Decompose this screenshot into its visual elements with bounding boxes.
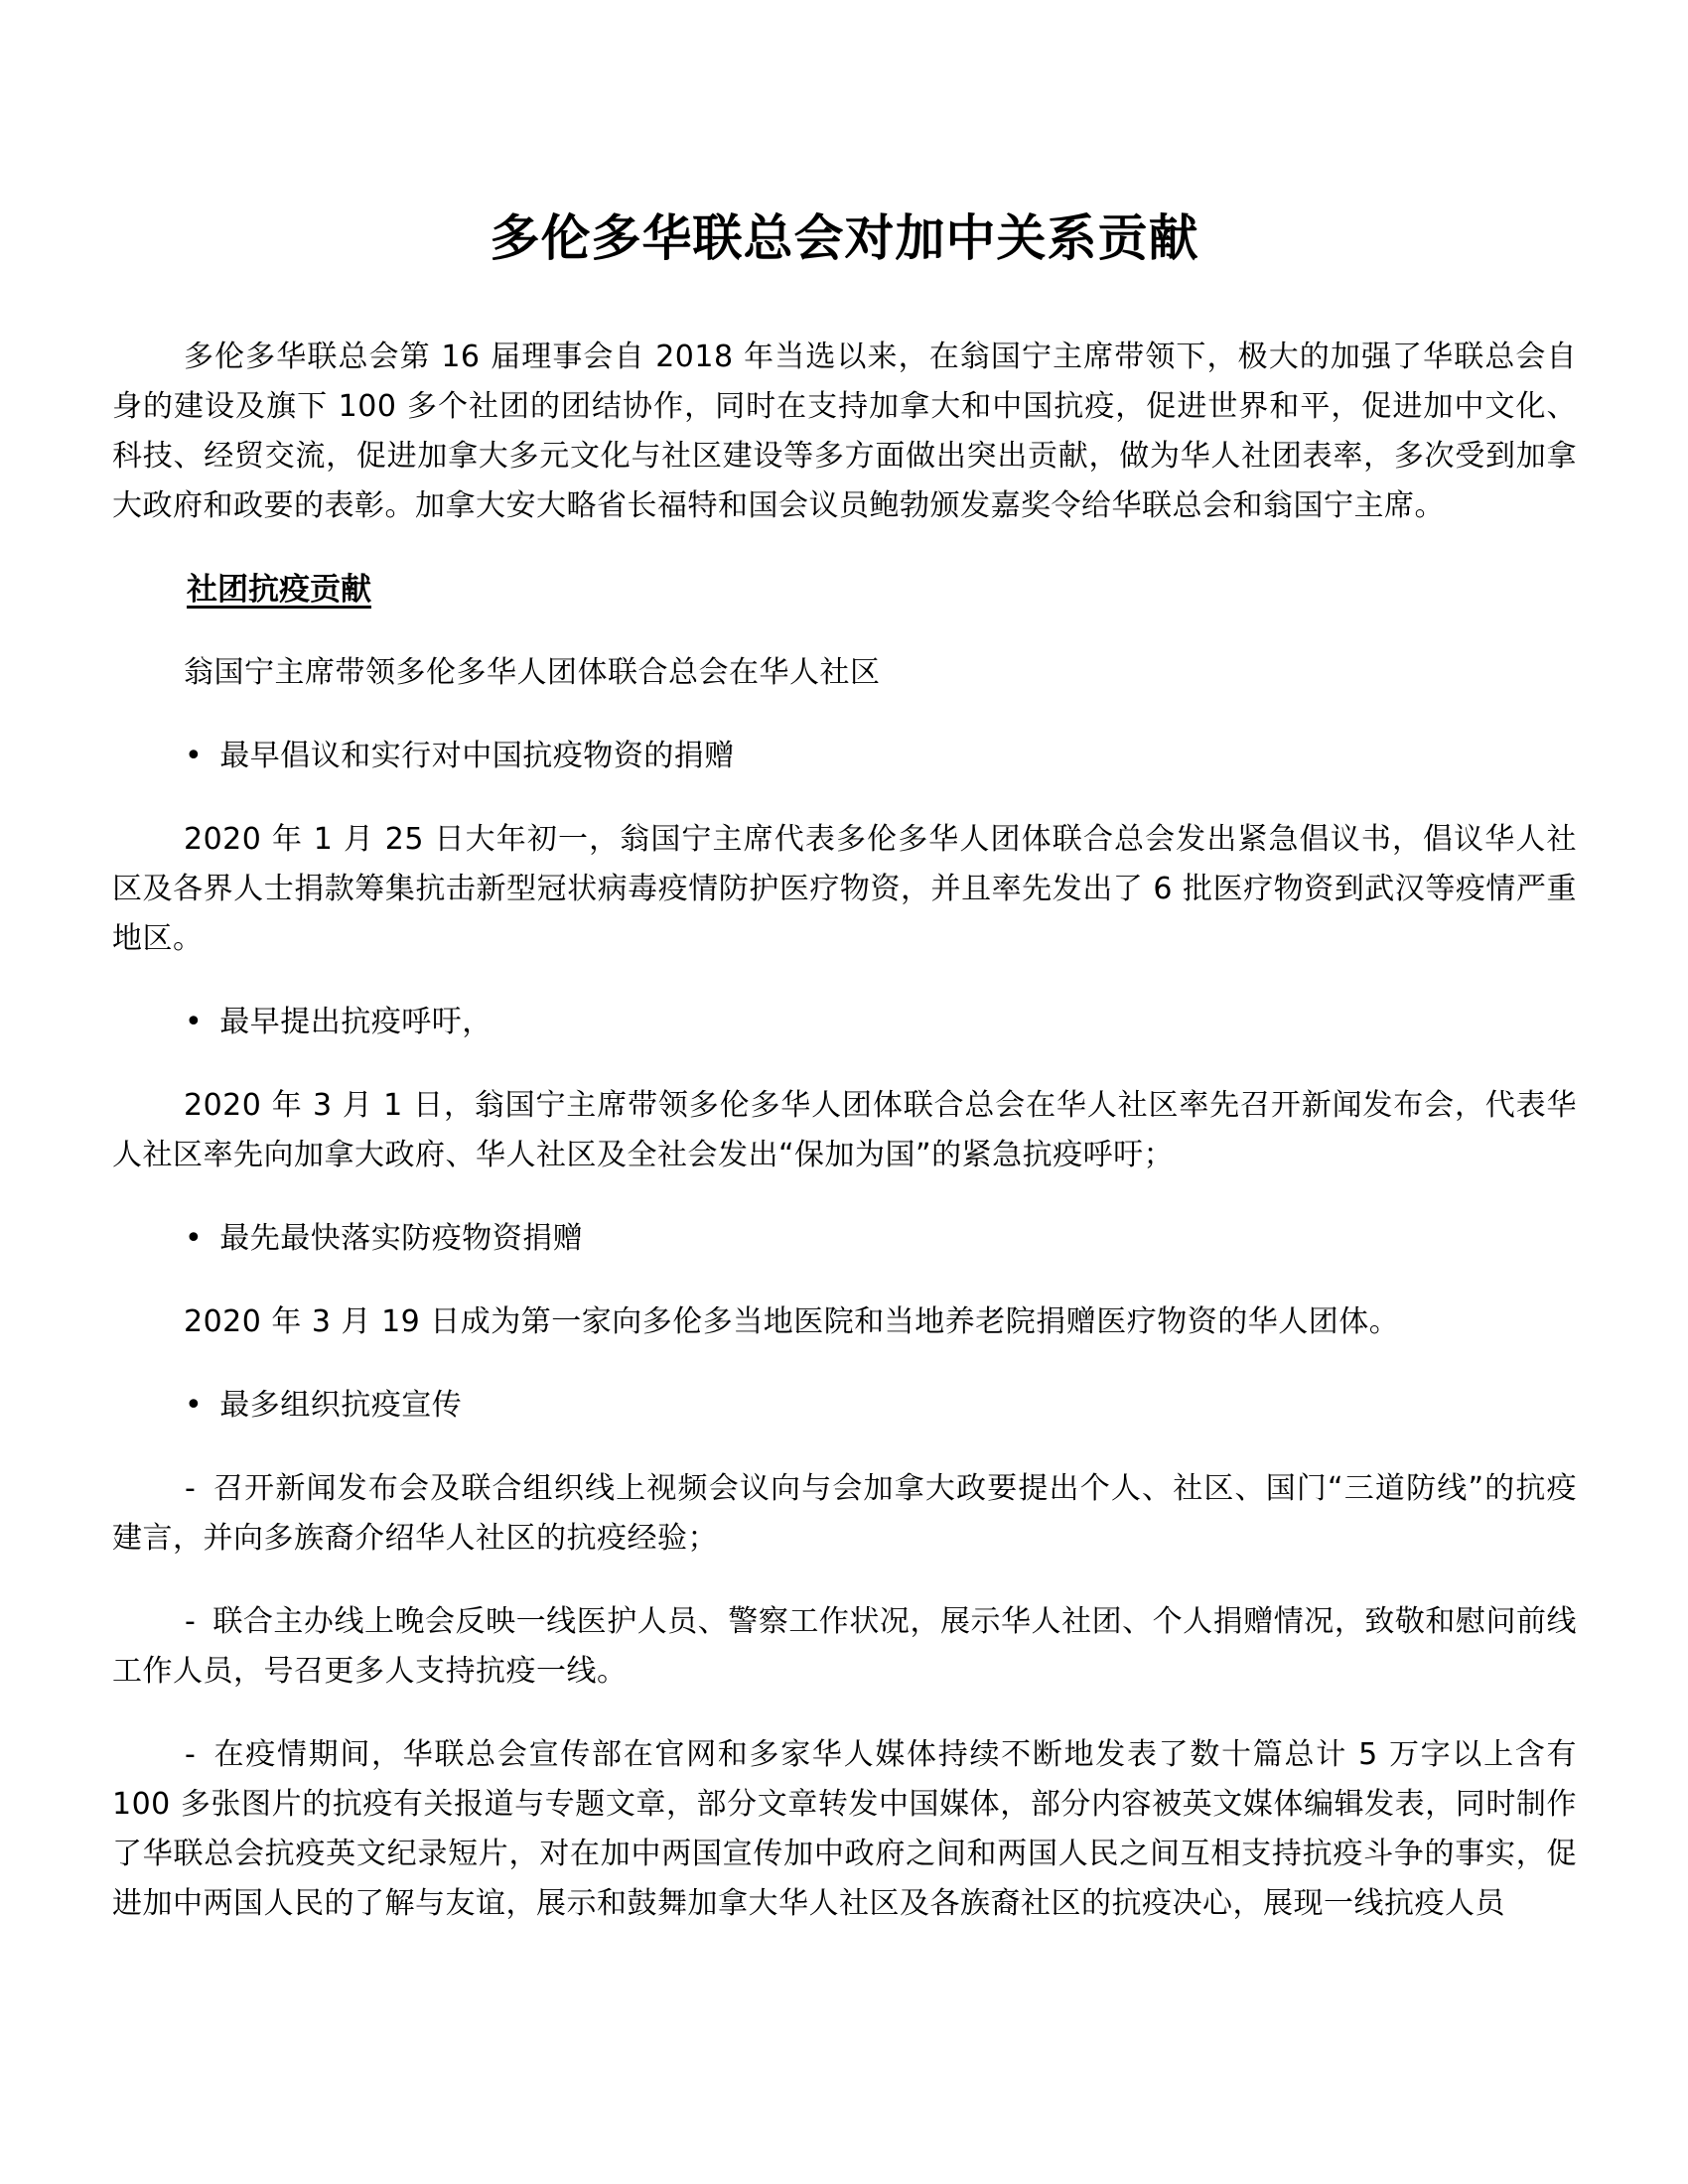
bullet-icon: • xyxy=(185,1005,203,1039)
dash-icon: - xyxy=(185,1604,196,1639)
dash-item-press-conference: -召开新闻发布会及联合组织线上视频会议向与会加拿大政要提出个人、社区、国门“三道… xyxy=(112,1464,1577,1564)
bullet-item-text: 最早提出抗疫呼吁， xyxy=(219,1005,492,1039)
section-heading-text: 社团抗疫贡献 xyxy=(187,572,371,608)
bullet-icon: • xyxy=(185,739,203,773)
bullet-icon: • xyxy=(185,1221,203,1256)
paragraph-intro: 多伦多华联总会第 16 届理事会自 2018 年当选以来，在翁国宁主席带领下，极… xyxy=(112,333,1577,531)
bullet-item-most-publicity: •最多组织抗疫宣传 xyxy=(112,1381,1577,1431)
bullet-item-fastest-donation: •最先最快落实防疫物资捐赠 xyxy=(112,1214,1577,1264)
bullet-item-donation-initiative: •最早倡议和实行对中国抗疫物资的捐赠 xyxy=(112,732,1577,781)
dash-icon: - xyxy=(185,1471,196,1506)
section-heading-covid-contribution: 社团抗疫贡献 xyxy=(112,565,1577,614)
bullet-item-text: 最先最快落实防疫物资捐赠 xyxy=(219,1221,583,1256)
dash-item-text: 联合主办线上晚会反映一线医护人员、警察工作状况，展示华人社团、个人捐赠情况，致敬… xyxy=(112,1604,1577,1689)
paragraph-2020-01-25: 2020 年 1 月 25 日大年初一，翁国宁主席代表多伦多华人团体联合总会发出… xyxy=(112,815,1577,964)
document-title: 多伦多华联总会对加中关系贡献 xyxy=(112,206,1577,271)
bullet-icon: • xyxy=(185,1388,203,1423)
dash-item-online-gala: -联合主办线上晚会反映一线医护人员、警察工作状况，展示华人社团、个人捐赠情况，致… xyxy=(112,1597,1577,1697)
dash-item-media-publications: -在疫情期间，华联总会宣传部在官网和多家华人媒体持续不断地发表了数十篇总计 5 … xyxy=(112,1730,1577,1929)
paragraph-lead-in: 翁国宁主席带领多伦多华人团体联合总会在华人社区 xyxy=(112,648,1577,698)
dash-item-text: 在疫情期间，华联总会宣传部在官网和多家华人媒体持续不断地发表了数十篇总计 5 万… xyxy=(112,1737,1577,1921)
paragraph-2020-03-19: 2020 年 3 月 19 日成为第一家向多伦多当地医院和当地养老院捐赠医疗物资… xyxy=(112,1297,1577,1347)
bullet-item-earliest-appeal: •最早提出抗疫呼吁， xyxy=(112,998,1577,1047)
bullet-item-text: 最多组织抗疫宣传 xyxy=(219,1388,462,1423)
document-page: 多伦多华联总会对加中关系贡献 多伦多华联总会第 16 届理事会自 2018 年当… xyxy=(0,0,1688,2184)
paragraph-2020-03-01: 2020 年 3 月 1 日，翁国宁主席带领多伦多华人团体联合总会在华人社区率先… xyxy=(112,1081,1577,1180)
dash-item-text: 召开新闻发布会及联合组织线上视频会议向与会加拿大政要提出个人、社区、国门“三道防… xyxy=(112,1471,1577,1556)
dash-icon: - xyxy=(185,1737,196,1772)
bullet-item-text: 最早倡议和实行对中国抗疫物资的捐赠 xyxy=(219,739,735,773)
